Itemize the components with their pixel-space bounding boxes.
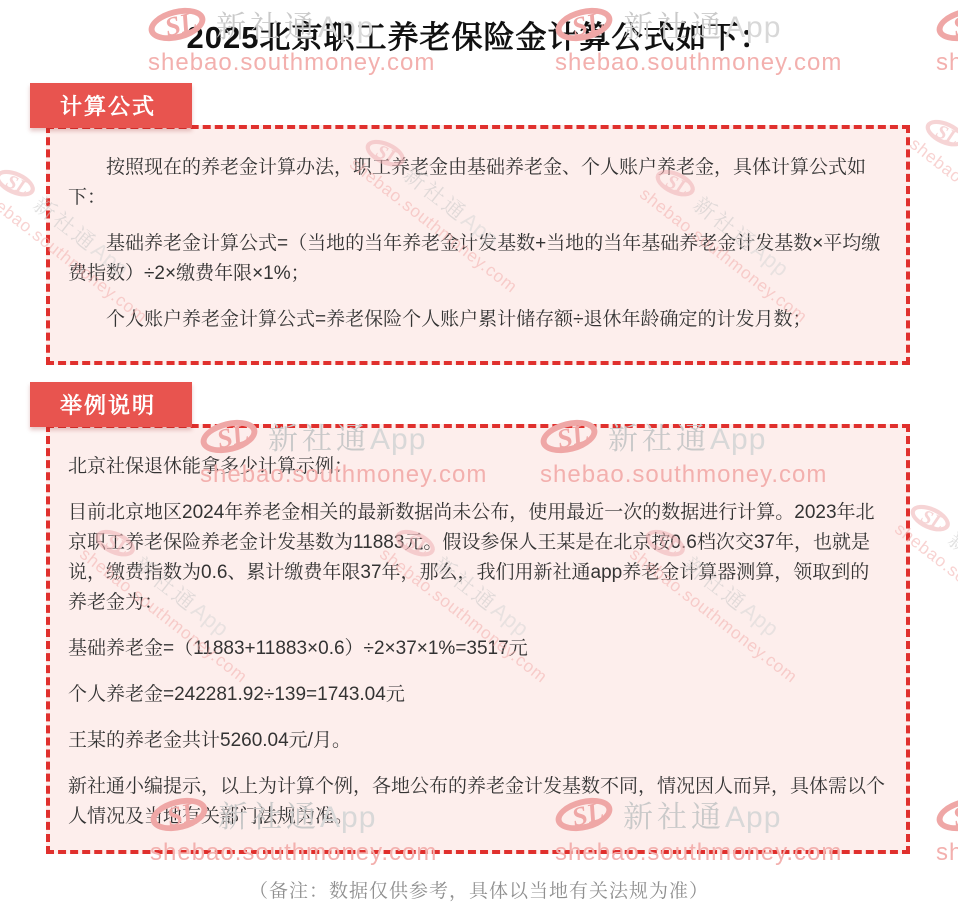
section-formula-box: 按照现在的养老金计算办法，职工养老金由基础养老金、个人账户养老金，具体计算公式如… [46,125,910,365]
paragraph: 个人账户养老金计算公式=养老保险个人账户累计储存额÷退休年龄确定的计发月数； [68,305,886,335]
paragraph: 目前北京地区2024年养老金相关的最新数据尚未公布，使用最近一次的数据进行计算。… [68,498,886,618]
section-formula: 计算公式 按照现在的养老金计算办法，职工养老金由基础养老金、个人账户养老金，具体… [0,83,958,365]
paragraph: 基础养老金计算公式=（当地的当年养老金计发基数+当地的当年基础养老金计发基数×平… [68,229,886,289]
footer-note: （备注：数据仅供参考，具体以当地有关法规为准） [0,876,958,903]
section-example: 举例说明 北京社保退休能拿多少计算示例： 目前北京地区2024年养老金相关的最新… [0,382,958,854]
paragraph: 按照现在的养老金计算办法，职工养老金由基础养老金、个人账户养老金，具体计算公式如… [68,153,886,213]
article-page: SL 新社通App shebao.southmoney.com SL 新社通Ap… [0,0,958,918]
paragraph: 个人养老金=242281.92÷139=1743.04元 [68,680,886,710]
paragraph: 基础养老金=（11883+11883×0.6）÷2×37×1%=3517元 [68,634,886,664]
paragraph: 北京社保退休能拿多少计算示例： [68,452,886,482]
section-example-tab: 举例说明 [30,382,192,427]
section-example-box: 北京社保退休能拿多少计算示例： 目前北京地区2024年养老金相关的最新数据尚未公… [46,424,910,854]
section-formula-tab: 计算公式 [30,83,192,128]
paragraph: 王某的养老金共计5260.04元/月。 [68,726,886,756]
article-content: 2025北京职工养老保险金计算公式如下： 计算公式 按照现在的养老金计算办法，职… [0,0,958,903]
page-title: 2025北京职工养老保险金计算公式如下： [0,0,958,59]
paragraph: 新社通小编提示，以上为计算个例，各地公布的养老金计发基数不同，情况因人而异，具体… [68,772,886,832]
